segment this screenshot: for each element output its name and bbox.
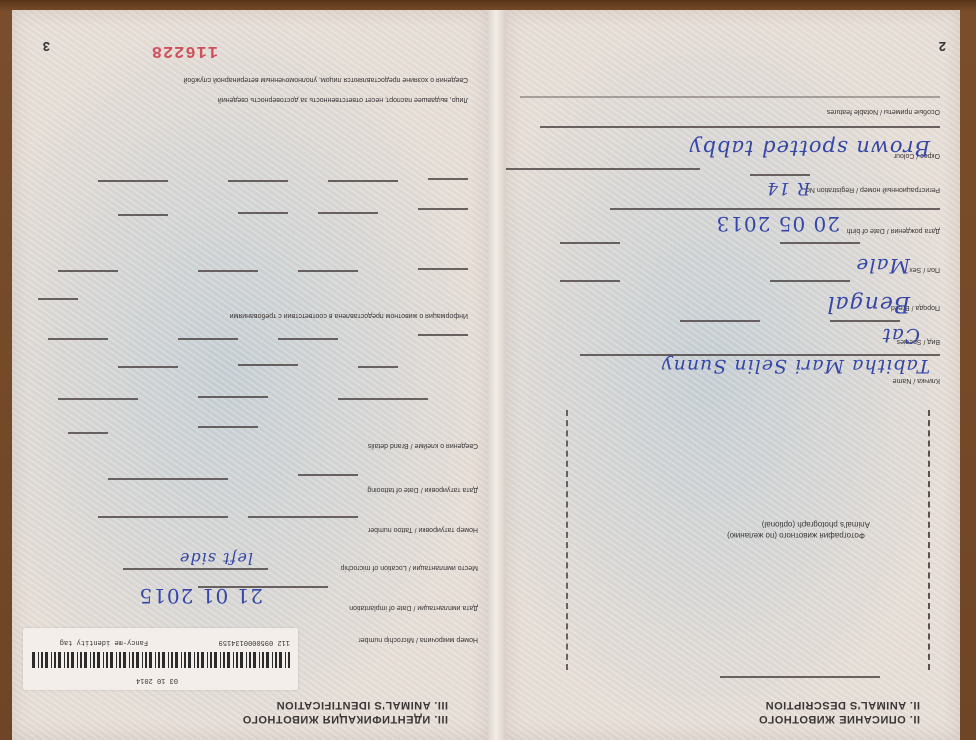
rule [108, 478, 228, 480]
note-2: Лицо, выдавшее паспорт, несет ответствен… [58, 94, 468, 104]
sticker-chip-number: 112 0950000134159 [219, 638, 290, 646]
field-label-microchip: Номер микрочипа / Microchip number [358, 635, 478, 644]
rule [58, 270, 118, 272]
barcode [30, 652, 290, 668]
field-label-tattoo-date: Дата татуировки / Date of tattooing [367, 485, 478, 494]
rule [238, 212, 288, 214]
rule [58, 398, 138, 400]
page-3-animal-identification: III. ИДЕНТИФИКАЦИЯ ЖИВОТНОГО III. ANIMAL… [12, 10, 488, 740]
field-value-species: Cat [882, 324, 920, 348]
rule [610, 208, 940, 210]
rule [318, 212, 378, 214]
rule [520, 96, 940, 98]
rule [830, 320, 900, 322]
note-1: Информация о животном предоставлена в со… [78, 310, 468, 320]
field-label-tattoo-number: Номер татуировки / Tattoo number [368, 525, 478, 534]
rule [298, 474, 358, 476]
field-label-name: Кличка / Name [893, 376, 940, 385]
pet-passport-spread: II. ОПИСАНИЕ ЖИВОТНОГО II. ANIMAL'S DESC… [8, 4, 968, 740]
photo-box [566, 410, 930, 670]
rule [298, 270, 358, 272]
rule [198, 270, 258, 272]
book-gutter [486, 10, 506, 740]
handwritten-implant-location: left side [179, 549, 253, 568]
rule [68, 432, 108, 434]
section-title-en: II. ANIMAL'S DESCRIPTION [765, 698, 920, 712]
rule [428, 178, 468, 180]
sticker-date: 03 10 2014 [136, 676, 178, 684]
rule [98, 180, 168, 182]
field-label-sex: Пол / Sex [909, 265, 940, 274]
rule [780, 242, 860, 244]
rule [770, 280, 850, 282]
rule [118, 214, 168, 216]
rule [720, 676, 880, 678]
rule [418, 208, 468, 210]
rule [358, 366, 398, 368]
sticker-brand: Fancy-me identity tag [60, 638, 148, 646]
passport-serial-number: 116228 [151, 41, 218, 60]
field-value-sex: Male [855, 254, 910, 278]
page-number-3: 3 [43, 39, 50, 54]
rule [198, 586, 328, 588]
rule [178, 338, 238, 340]
rule [228, 180, 288, 182]
rule [540, 126, 940, 128]
photo-caption-en: Animal's photograph (optional) [762, 520, 870, 529]
rule [505, 168, 700, 170]
rule [123, 568, 268, 570]
photo-caption-ru: Фотография животного (по желанию) [727, 531, 865, 540]
field-value-colour: Brown spotted tabby [689, 136, 930, 160]
page-number-2: 2 [939, 39, 946, 54]
rule [238, 364, 298, 366]
rule [118, 366, 178, 368]
field-label-features: Особые приметы / Notable features [827, 107, 940, 116]
rule [278, 338, 338, 340]
rule [328, 180, 398, 182]
field-value-dob: 20 05 2013 [715, 212, 840, 236]
rule [750, 174, 810, 176]
rule [198, 396, 268, 398]
rule [418, 334, 468, 336]
rule [98, 516, 228, 518]
rule [418, 268, 468, 270]
field-label-implant-date: Дата имплантации / Date of implantation [349, 603, 478, 612]
section-title-ru: II. ОПИСАНИЕ ЖИВОТНОГО [759, 712, 920, 726]
rule [198, 426, 258, 428]
field-label-brand: Сведения о клейме / Brand details [368, 441, 478, 450]
field-label-dob: Дата рождения / Date of birth [847, 226, 940, 235]
section-title-en: III. ANIMAL'S IDENTIFICATION [276, 698, 448, 712]
rule [560, 280, 620, 282]
rule [560, 242, 620, 244]
note-0: Сведения о хозяине предоставляются лицом… [58, 74, 468, 84]
field-label-implant-location: Место имплантации / Location of microchi… [341, 563, 478, 572]
field-value-registration: R 14 [766, 178, 810, 198]
passport-spread-rotated: II. ОПИСАНИЕ ЖИВОТНОГО II. ANIMAL'S DESC… [8, 4, 968, 740]
rule [48, 338, 108, 340]
rule [248, 516, 358, 518]
rule [680, 320, 760, 322]
rule [580, 354, 940, 356]
page-2-animal-description: II. ОПИСАНИЕ ЖИВОТНОГО II. ANIMAL'S DESC… [505, 10, 960, 740]
field-label-registration: Регистрационный номер / Registration No. [804, 185, 940, 194]
field-value-breed: Bengal [826, 291, 910, 316]
rule [338, 398, 428, 400]
field-value-name: Tabitha Mari Selin Sunny [661, 355, 930, 377]
microchip-sticker: 03 10 2014 112 0950000134159 Fancy-me id… [23, 628, 298, 690]
rule [38, 298, 78, 300]
section-title-ru: III. ИДЕНТИФИКАЦИЯ ЖИВОТНОГО [242, 712, 448, 726]
